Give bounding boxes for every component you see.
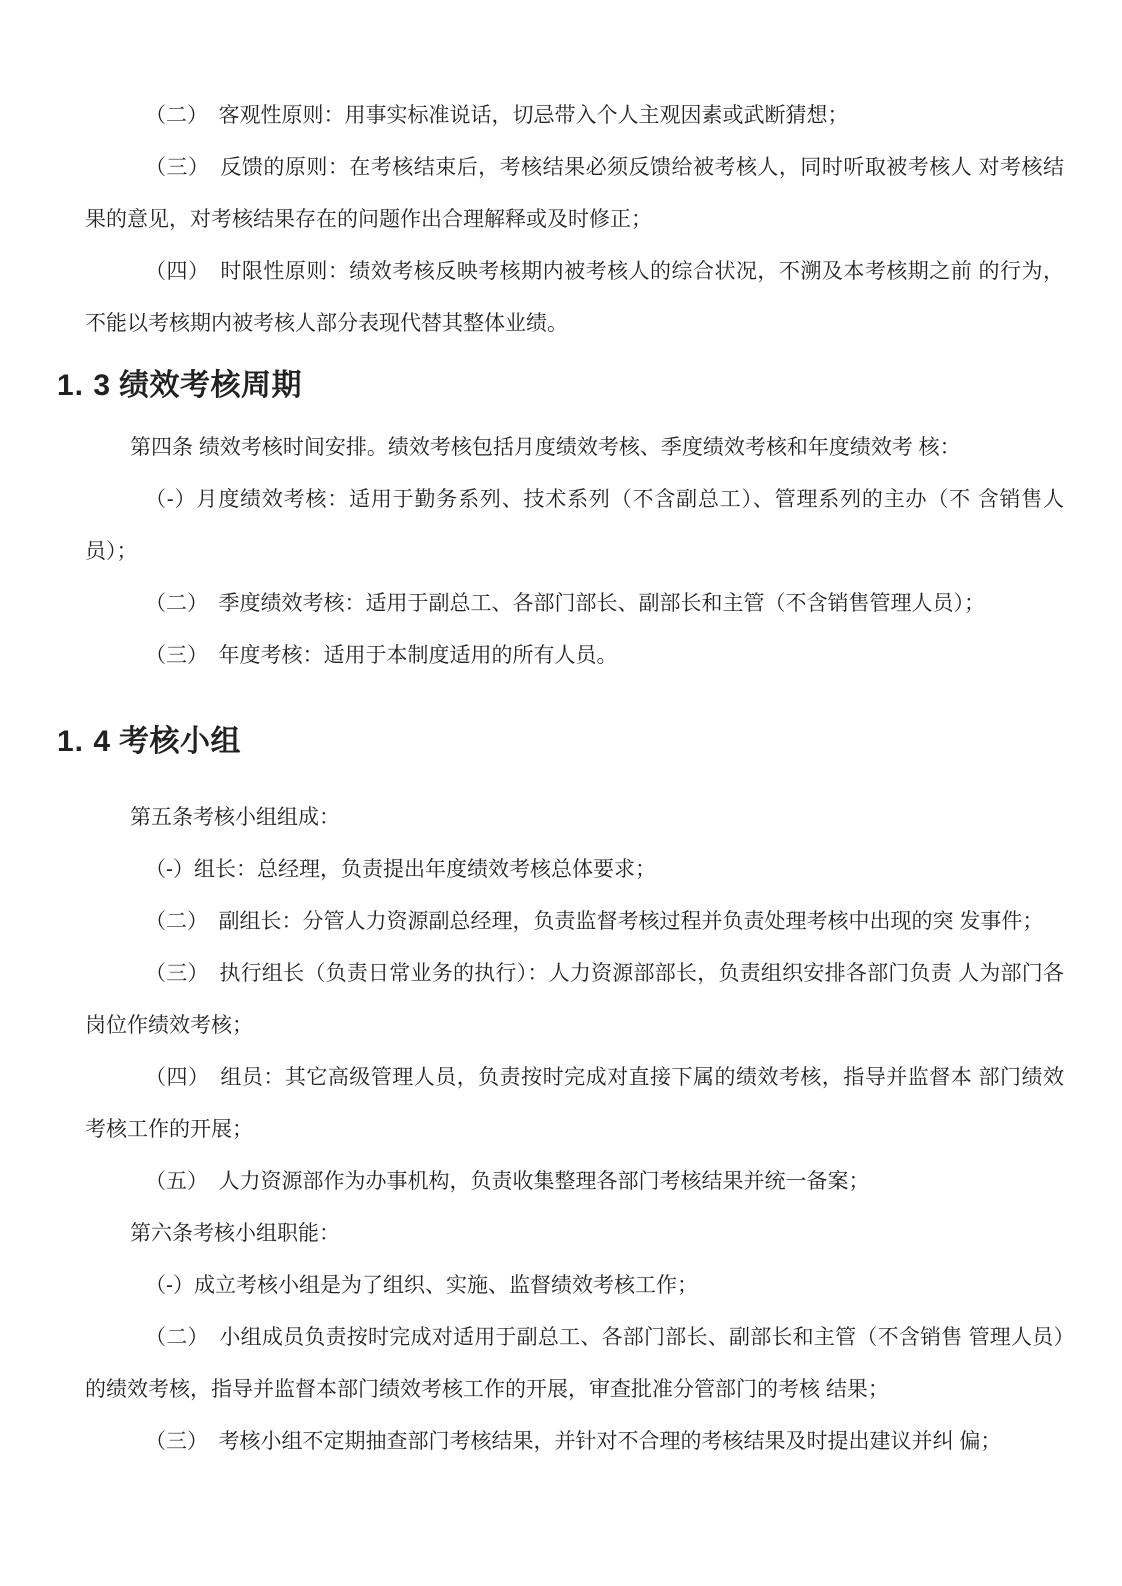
clause-group-leader: （-）组长：总经理，负责提出年度绩效考核总体要求； — [85, 844, 1064, 896]
clause-annual-review: （三） 年度考核：适用于本制度适用的所有人员。 — [85, 630, 1064, 682]
clause-quarterly-review: （二） 季度绩效考核：适用于副总工、各部门部长、副部长和主管（不含销售管理人员）… — [85, 578, 1064, 630]
section-heading-1-4: 1. 4考核小组 — [57, 720, 1064, 764]
document-page: （二） 客观性原则：用事实标准说话，切忌带入个人主观因素或武断猜想； （三） 反… — [0, 0, 1122, 1468]
clause-objectivity-principle: （二） 客观性原则：用事实标准说话，切忌带入个人主观因素或武断猜想； — [85, 90, 1064, 142]
clause-hr-office: （五） 人力资源部作为办事机构，负责收集整理各部门考核结果并统一备案； — [85, 1156, 1064, 1208]
section-heading-1-3: 1. 3绩效考核周期 — [57, 364, 1064, 408]
clause-deputy-leader: （二） 副组长：分管人力资源副总经理，负责监督考核过程并负责处理考核中出现的突 … — [85, 896, 1064, 948]
clause-group-members: （四） 组员：其它高级管理人员，负责按时完成对直接下属的绩效考核，指导并监督本 … — [85, 1052, 1064, 1156]
clause-group-purpose: （-）成立考核小组是为了组织、实施、监督绩效考核工作； — [85, 1260, 1064, 1312]
heading-title: 考核小组 — [119, 725, 241, 758]
clause-feedback-principle: （三） 反馈的原则：在考核结束后，考核结果必须反馈给被考核人，同时听取被考核人 … — [85, 142, 1064, 246]
heading-number: 1. 4 — [57, 725, 111, 758]
clause-spot-checks: （三） 考核小组不定期抽查部门考核结果，并针对不合理的考核结果及时提出建议并纠 … — [85, 1416, 1064, 1468]
clause-member-duties: （二） 小组成员负责按时完成对适用于副总工、各部门部长、副部长和主管（不含销售 … — [85, 1312, 1064, 1416]
clause-monthly-review: （-）月度绩效考核：适用于勤务系列、技术系列（不含副总工）、管理系列的主办（不 … — [85, 474, 1064, 578]
article-4-schedule: 第四条 绩效考核时间安排。绩效考核包括月度绩效考核、季度绩效考核和年度绩效考 核… — [85, 422, 1064, 474]
clause-time-limit-principle: （四） 时限性原则：绩效考核反映考核期内被考核人的综合状况，不溯及本考核期之前 … — [85, 246, 1064, 350]
article-6-group-functions: 第六条考核小组职能： — [85, 1208, 1064, 1260]
heading-title: 绩效考核周期 — [119, 369, 302, 402]
clause-executive-leader: （三） 执行组长（负责日常业务的执行）：人力资源部部长，负责组织安排各部门负责 … — [85, 948, 1064, 1052]
article-5-group-composition: 第五条考核小组组成： — [85, 792, 1064, 844]
heading-number: 1. 3 — [57, 369, 111, 402]
